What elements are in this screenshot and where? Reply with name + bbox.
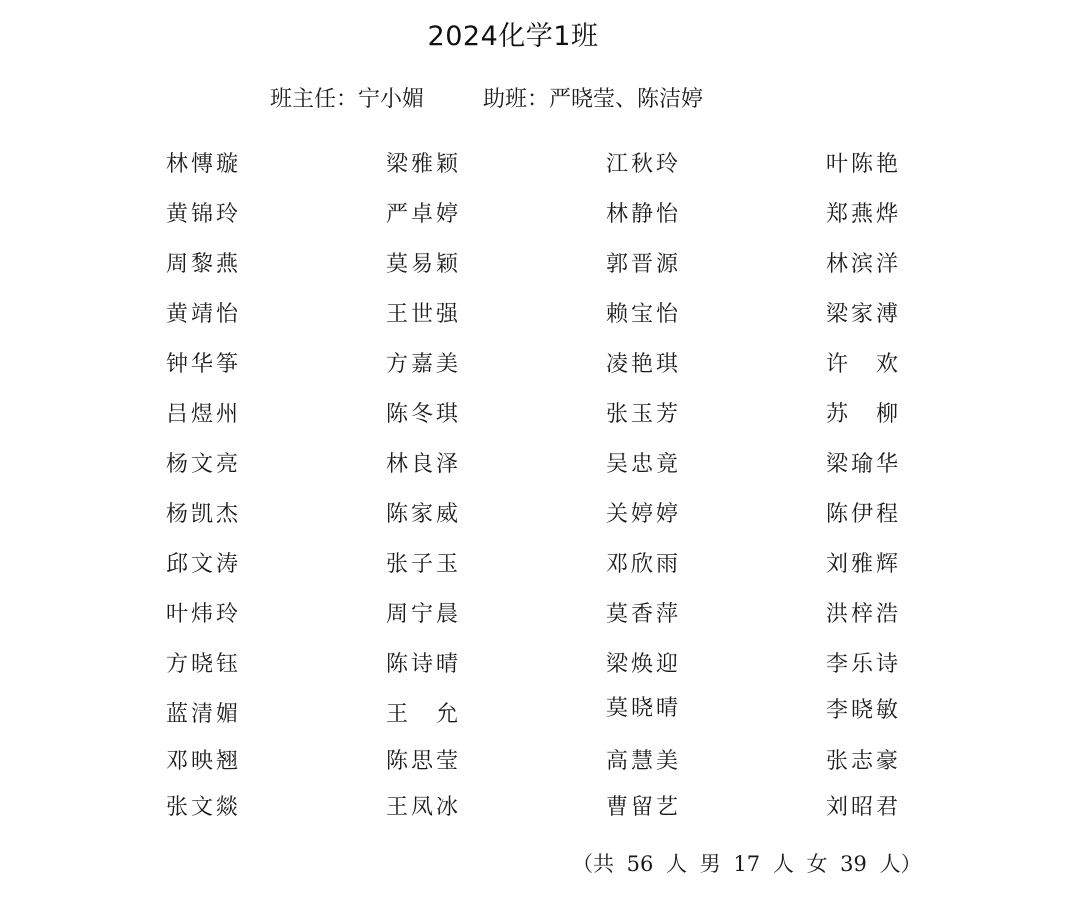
student-name: 莫晓晴 bbox=[606, 689, 678, 729]
student-name: 邓映翘 bbox=[166, 742, 238, 782]
student-name: 苏 柳 bbox=[826, 395, 898, 435]
roster-row: 杨文亮林良泽吴忠竟梁瑜华 bbox=[0, 445, 1080, 495]
student-name: 邓欣雨 bbox=[606, 545, 678, 585]
student-name: 梁瑜华 bbox=[826, 445, 898, 485]
student-name: 吴忠竟 bbox=[606, 445, 678, 485]
roster-row: 邱文涛张子玉邓欣雨刘雅辉 bbox=[0, 545, 1080, 595]
roster-row: 张文燚王凤冰曹留艺刘昭君 bbox=[0, 788, 1080, 838]
student-name: 许 欢 bbox=[826, 345, 898, 385]
student-name: 梁家溥 bbox=[826, 295, 898, 335]
student-name: 李晓敏 bbox=[826, 691, 898, 731]
student-name: 张玉芳 bbox=[606, 395, 678, 435]
student-name: 林良泽 bbox=[386, 445, 458, 485]
student-name: 吕煜州 bbox=[166, 395, 238, 435]
student-name: 蓝清媚 bbox=[166, 695, 238, 735]
student-name: 张文燚 bbox=[166, 788, 238, 828]
student-name: 刘昭君 bbox=[826, 788, 898, 828]
roster-row: 黄靖怡王世强赖宝怡梁家溥 bbox=[0, 295, 1080, 345]
student-name: 黄锦玲 bbox=[166, 195, 238, 235]
student-name: 叶陈艳 bbox=[826, 145, 898, 185]
student-name: 杨凯杰 bbox=[166, 495, 238, 535]
assistants-group: 助班：严晓莹、陈洁婷 bbox=[483, 87, 703, 112]
head-teacher-name: 宁小媚 bbox=[358, 87, 424, 112]
head-teacher-label: 班主任： bbox=[270, 87, 358, 112]
student-name: 曹留艺 bbox=[606, 788, 678, 828]
roster-row: 邓映翘陈思莹高慧美张志豪 bbox=[0, 742, 1080, 792]
staff-line: 班主任：宁小媚 助班：严晓莹、陈洁婷 bbox=[270, 82, 703, 113]
student-name: 高慧美 bbox=[606, 742, 678, 782]
student-name: 王凤冰 bbox=[386, 788, 458, 828]
student-name: 陈诗晴 bbox=[386, 645, 458, 685]
student-name: 梁雅颖 bbox=[386, 145, 458, 185]
student-name: 杨文亮 bbox=[166, 445, 238, 485]
student-name: 王世强 bbox=[386, 295, 458, 335]
student-name: 凌艳琪 bbox=[606, 345, 678, 385]
student-name: 林滨洋 bbox=[826, 245, 898, 285]
student-name: 赖宝怡 bbox=[606, 295, 678, 335]
roster-row: 黄锦玲严卓婷林静怡郑燕烨 bbox=[0, 195, 1080, 245]
student-name: 黄靖怡 bbox=[166, 295, 238, 335]
student-name: 刘雅辉 bbox=[826, 545, 898, 585]
student-name: 陈思莹 bbox=[386, 742, 458, 782]
student-name: 叶炜玲 bbox=[166, 595, 238, 635]
roster-row: 方晓钰陈诗晴梁焕迎李乐诗 bbox=[0, 645, 1080, 695]
student-name: 梁焕迎 bbox=[606, 645, 678, 685]
student-name: 严卓婷 bbox=[386, 195, 458, 235]
student-name: 洪梓浩 bbox=[826, 595, 898, 635]
assistants-names: 严晓莹、陈洁婷 bbox=[549, 87, 703, 112]
student-name: 周宁晨 bbox=[386, 595, 458, 635]
student-name: 陈伊程 bbox=[826, 495, 898, 535]
roster-row: 杨凯杰陈家威关婷婷陈伊程 bbox=[0, 495, 1080, 545]
roster-row: 钟华筝方嘉美凌艳琪许 欢 bbox=[0, 345, 1080, 395]
student-name: 林慱璇 bbox=[166, 145, 238, 185]
student-name: 江秋玲 bbox=[606, 145, 678, 185]
student-name: 陈冬琪 bbox=[386, 395, 458, 435]
assistants-label: 助班： bbox=[483, 87, 549, 112]
student-name: 王 允 bbox=[386, 695, 458, 735]
student-name: 陈家威 bbox=[386, 495, 458, 535]
roster-row: 吕煜州陈冬琪张玉芳苏 柳 bbox=[0, 395, 1080, 445]
student-name: 莫易颖 bbox=[386, 245, 458, 285]
student-name: 林静怡 bbox=[606, 195, 678, 235]
student-name: 莫香萍 bbox=[606, 595, 678, 635]
student-name: 李乐诗 bbox=[826, 645, 898, 685]
student-name: 邱文涛 bbox=[166, 545, 238, 585]
roster-row: 蓝清媚王 允莫晓晴李晓敏 bbox=[0, 695, 1080, 745]
student-name: 周黎燕 bbox=[166, 245, 238, 285]
student-name: 钟华筝 bbox=[166, 345, 238, 385]
student-name: 关婷婷 bbox=[606, 495, 678, 535]
student-name: 郭晋源 bbox=[606, 245, 678, 285]
student-count-summary: （共 56 人 男 17 人 女 39 人） bbox=[572, 848, 922, 878]
student-name: 方晓钰 bbox=[166, 645, 238, 685]
page-title: 2024化学1班 bbox=[0, 14, 1026, 53]
student-name: 方嘉美 bbox=[386, 345, 458, 385]
student-name: 郑燕烨 bbox=[826, 195, 898, 235]
roster-row: 林慱璇梁雅颖江秋玲叶陈艳 bbox=[0, 145, 1080, 195]
student-name: 张志豪 bbox=[826, 742, 898, 782]
roster-row: 周黎燕莫易颖郭晋源林滨洋 bbox=[0, 245, 1080, 295]
roster-row: 叶炜玲周宁晨莫香萍洪梓浩 bbox=[0, 595, 1080, 645]
student-name: 张子玉 bbox=[386, 545, 458, 585]
